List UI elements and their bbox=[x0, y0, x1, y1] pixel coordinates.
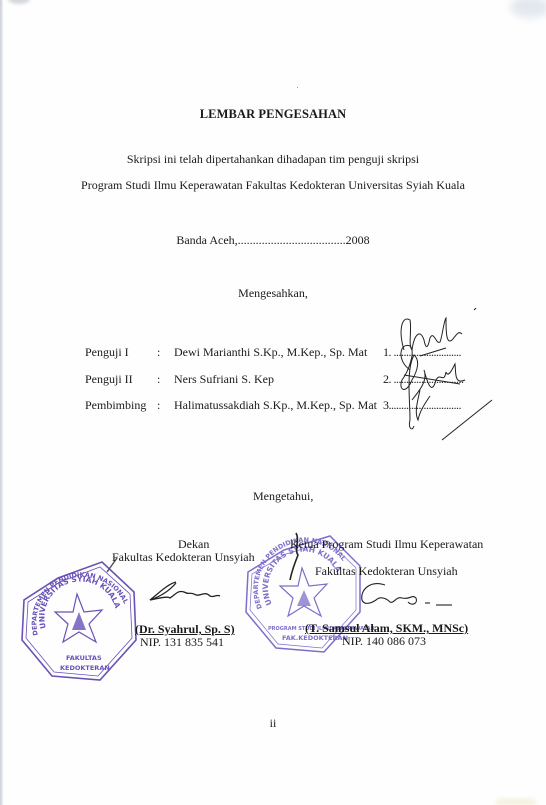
svg-text:UNIVERSITAS SYIAH KUALA: UNIVERSITAS SYIAH KUALA bbox=[37, 574, 122, 629]
scan-smudge bbox=[496, 799, 536, 805]
dean-stamp: DEPARTEMEN PENDIDIKAN NASIONAL UNIVERSIT… bbox=[22, 558, 136, 680]
supervisor-row: Pembimbing : Halimatussakdiah S.Kp., M.K… bbox=[0, 398, 546, 414]
examiner-row: Penguji II : Ners Sufriani S. Kep 2. ...… bbox=[0, 372, 546, 388]
dean-signature bbox=[150, 582, 220, 600]
separator: : bbox=[157, 398, 160, 413]
svg-text:KEDOKTERAN: KEDOKTERAN bbox=[60, 664, 110, 672]
signature-line: 3............................. bbox=[383, 398, 461, 413]
examiner-role: Penguji I bbox=[85, 345, 129, 360]
program-head-faculty: Fakultas Kedokteran Unsyiah bbox=[315, 564, 458, 579]
scan-speck bbox=[297, 87, 298, 88]
program-head-nip: NIP. 140 086 073 bbox=[342, 634, 426, 649]
intro-line-2: Program Studi Ilmu Keperawatan Fakultas … bbox=[0, 178, 546, 193]
acknowledged-heading: Mengetahui, bbox=[253, 489, 313, 504]
examiner-role: Penguji II bbox=[85, 372, 133, 387]
examiner-name: Ners Sufriani S. Kep bbox=[174, 372, 274, 387]
examiner-name: Dewi Marianthi S.Kp., M.Kep., Sp. Mat bbox=[174, 345, 367, 360]
intro-line-1: Skripsi ini telah dipertahankan dihadapa… bbox=[0, 152, 546, 167]
dean-faculty: Fakultas Kedokteran Unsyiah bbox=[112, 550, 255, 565]
separator: : bbox=[157, 372, 160, 387]
stamp-outer-text: DEPARTEMEN PENDIDIKAN NASIONAL bbox=[30, 571, 129, 636]
approval-heading: Mengesahkan, bbox=[0, 286, 546, 301]
dean-nip: NIP. 131 835 541 bbox=[140, 635, 224, 650]
signature-line: 1. ........................... bbox=[383, 345, 461, 360]
date-line: Banda Aceh,.............................… bbox=[0, 233, 546, 248]
svg-text:FAKULTAS: FAKULTAS bbox=[66, 654, 102, 662]
separator: : bbox=[157, 345, 160, 360]
examiner-name: Halimatussakdiah S.Kp., M.Kep., Sp. Mat bbox=[174, 398, 377, 413]
page-number: ii bbox=[0, 716, 546, 731]
program-head-title: Ketua Program Studi Ilmu Keperawatan bbox=[290, 537, 483, 552]
signature-line: 2. ............................ bbox=[383, 372, 464, 387]
examiner-row: Penguji I : Dewi Marianthi S.Kp., M.Kep.… bbox=[0, 345, 546, 361]
examiner-role: Pembimbing bbox=[85, 398, 146, 413]
scan-smudge bbox=[510, 0, 546, 18]
document-page: LEMBAR PENGESAHAN Skripsi ini telah dipe… bbox=[0, 0, 546, 805]
page-title: LEMBAR PENGESAHAN bbox=[0, 107, 546, 122]
scan-smudge bbox=[8, 0, 30, 4]
